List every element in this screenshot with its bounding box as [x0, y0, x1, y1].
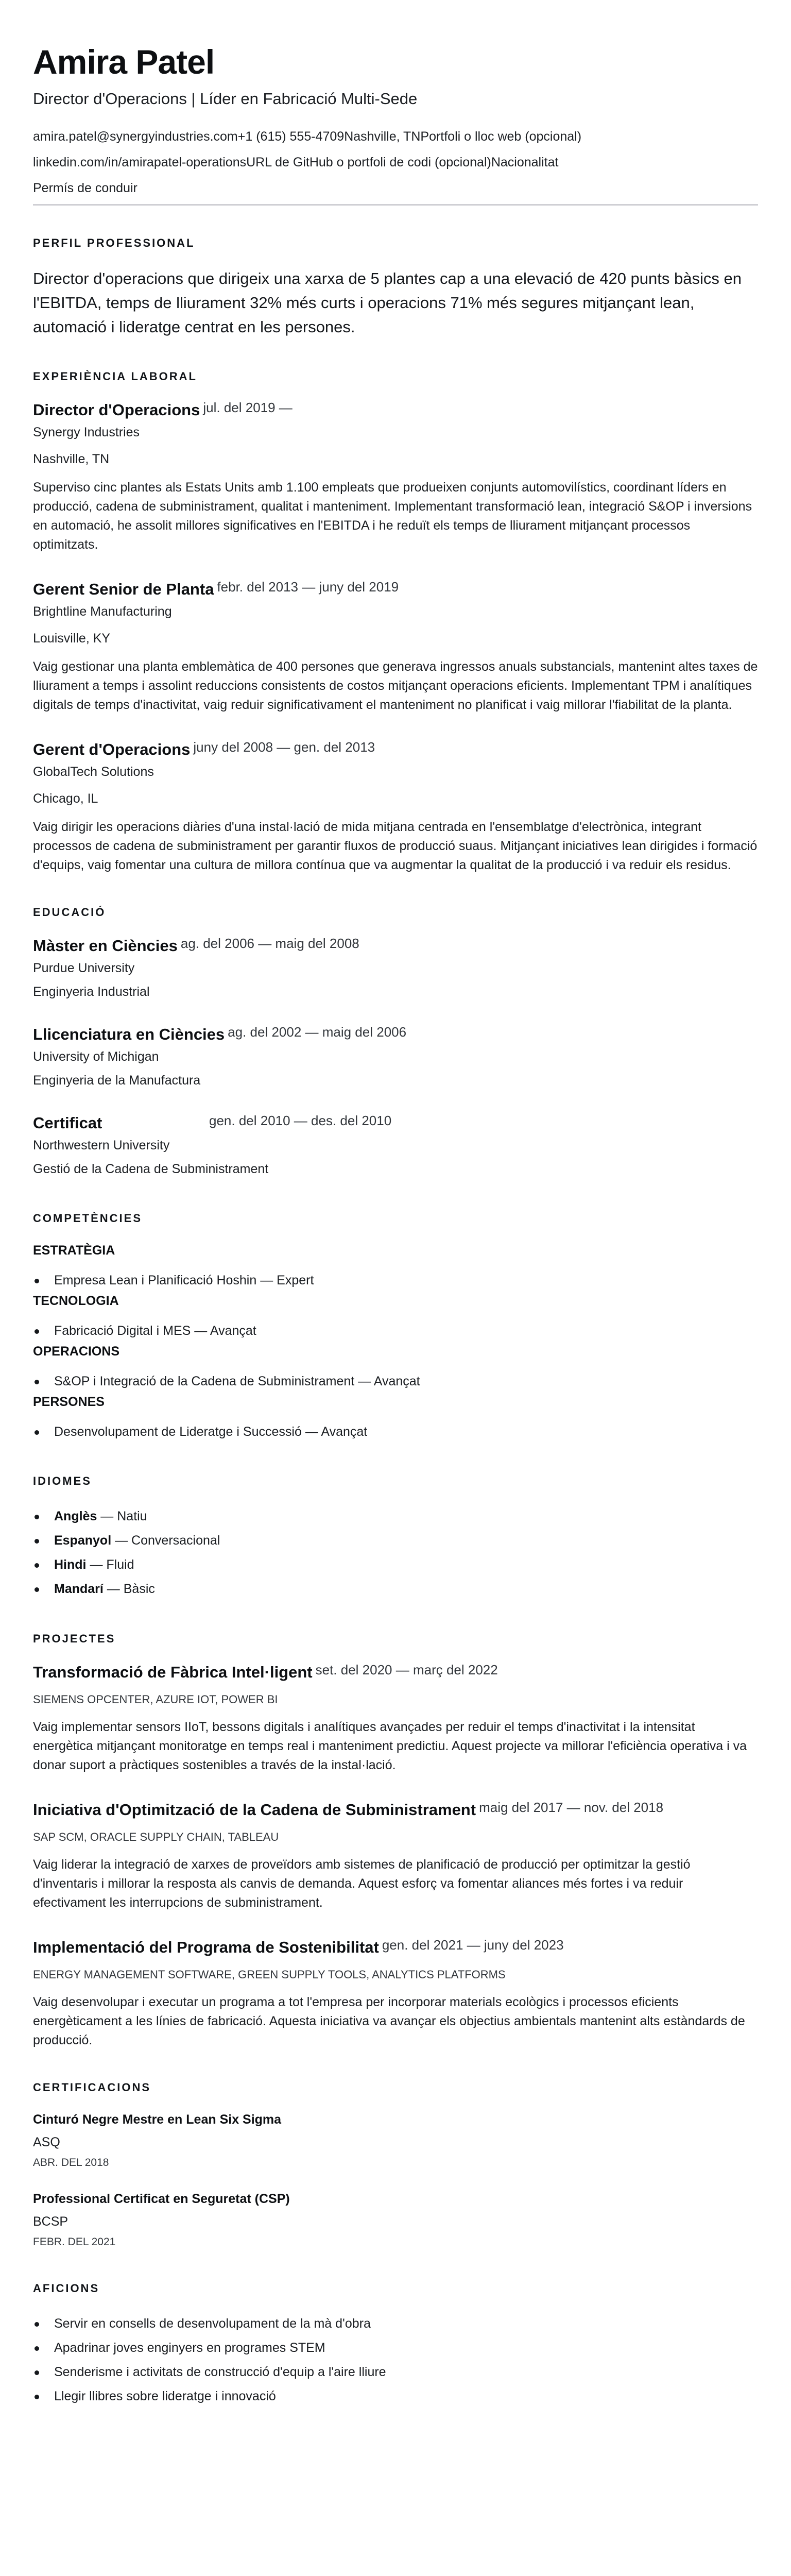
language-level: — Fluid [87, 1557, 134, 1572]
portfolio-link[interactable]: Portfoli o lloc web (opcional) [420, 124, 581, 149]
experience-section: Experiència laboral Director d'Operacion… [33, 369, 758, 875]
project-dates: maig del 2017 — nov. del 2018 [479, 1800, 663, 1815]
section-title: Idiomes [33, 1473, 758, 1489]
language-level: — Natiu [97, 1509, 147, 1523]
skill-category-name: Estratègia [33, 1242, 758, 1259]
hobby-item: Senderisme i activitats de construcció d… [33, 2360, 758, 2384]
degree-title: Màster en Ciències [33, 936, 178, 956]
hobby-item: Llegir llibres sobre lideratge i innovac… [33, 2384, 758, 2409]
summary-text: Director d'operacions que dirigeix una x… [33, 266, 758, 339]
project-entry: Implementació del Programa de Sostenibil… [33, 1937, 758, 2050]
skill-item: S&OP i Integració de la Cadena de Submin… [33, 1369, 758, 1393]
phone-number: +1 (615) 555-4709 [238, 124, 344, 149]
skill-category: Operacions S&OP i Integració de la Caden… [33, 1343, 758, 1393]
job-dates: jul. del 2019 — [203, 400, 292, 415]
candidate-headline: Director d'Operacions | Líder en Fabrica… [33, 89, 758, 109]
language-name: Anglès [54, 1509, 97, 1523]
skills-section: Competències Estratègia Empresa Lean i P… [33, 1211, 758, 1444]
certification-entry: Cinturó Negre Mestre en Lean Six Sigma A… [33, 2111, 758, 2172]
project-description: Vaig liderar la integració de xarxes de … [33, 1855, 758, 1912]
section-title: Competències [33, 1211, 758, 1226]
job-description: Vaig gestionar una planta emblemàtica de… [33, 657, 758, 715]
certification-date: abr. del 2018 [33, 2154, 758, 2172]
resume-page: Amira Patel Director d'Operacions | Líde… [0, 0, 791, 2439]
skill-category-name: Persones [33, 1393, 758, 1411]
nationality: Nacionalitat [491, 149, 559, 175]
hobby-list: Servir en consells de desenvolupament de… [33, 2312, 758, 2409]
job-description: Superviso cinc plantes als Estats Units … [33, 478, 758, 554]
language-name: Hindi [54, 1557, 87, 1572]
school-name: Northwestern University [33, 1133, 758, 1157]
language-level: — Bàsic [104, 1582, 155, 1596]
project-description: Vaig implementar sensors IIoT, bessons d… [33, 1718, 758, 1775]
education-entry: Màster en Ciències ag. del 2006 — maig d… [33, 936, 758, 1004]
section-title: Certificacions [33, 2080, 758, 2095]
skill-category-name: Operacions [33, 1343, 758, 1360]
skill-item: Empresa Lean i Planificació Hoshin — Exp… [33, 1268, 758, 1292]
hobby-item: Servir en consells de desenvolupament de… [33, 2312, 758, 2336]
project-name: Implementació del Programa de Sostenibil… [33, 1937, 379, 1958]
project-name: Iniciativa d'Optimització de la Cadena d… [33, 1800, 476, 1820]
experience-entry: Gerent d'Operacions juny del 2008 — gen.… [33, 739, 758, 875]
contact-info: amira.patel@synergyindustries.com +1 (61… [33, 124, 758, 201]
job-dates: juny del 2008 — gen. del 2013 [193, 739, 375, 755]
project-dates: gen. del 2021 — juny del 2023 [382, 1937, 564, 1953]
projects-section: Projectes Transformació de Fàbrica Intel… [33, 1631, 758, 2050]
skill-category-name: Tecnologia [33, 1292, 758, 1310]
job-description: Vaig dirigir les operacions diàries d'un… [33, 818, 758, 875]
driving-license: Permís de conduir [33, 175, 137, 201]
section-title: Aficions [33, 2281, 758, 2296]
school-name: University of Michigan [33, 1045, 758, 1069]
education-dates: ag. del 2006 — maig del 2008 [181, 936, 359, 951]
language-item: Hindi — Fluid [33, 1553, 758, 1577]
education-dates: ag. del 2002 — maig del 2006 [228, 1024, 406, 1040]
degree-title: Certificat [33, 1113, 206, 1133]
language-name: Mandarí [54, 1582, 104, 1596]
education-section: Educació Màster en Ciències ag. del 2006… [33, 905, 758, 1181]
language-item: Anglès — Natiu [33, 1504, 758, 1529]
skill-list: Empresa Lean i Planificació Hoshin — Exp… [33, 1268, 758, 1292]
certifications-section: Certificacions Cinturó Negre Mestre en L… [33, 2080, 758, 2251]
certification-date: febr. del 2021 [33, 2233, 758, 2251]
company-name: Brightline Manufacturing [33, 600, 758, 623]
job-location: Louisville, KY [33, 626, 758, 650]
hobbies-section: Aficions Servir en consells de desenvolu… [33, 2281, 758, 2409]
section-title: Perfil professional [33, 235, 758, 251]
skill-list: Desenvolupament de Lideratge i Successió… [33, 1420, 758, 1444]
job-title: Gerent d'Operacions [33, 739, 190, 760]
resume-header: Amira Patel Director d'Operacions | Líde… [33, 42, 758, 206]
project-entry: Transformació de Fàbrica Intel·ligent se… [33, 1662, 758, 1775]
contact-row-1: amira.patel@synergyindustries.com +1 (61… [33, 124, 758, 149]
field-of-study: Enginyeria de la Manufactura [33, 1069, 758, 1092]
location: Nashville, TN [344, 124, 420, 149]
job-title: Gerent Senior de Planta [33, 579, 214, 600]
education-dates: gen. del 2010 — des. del 2010 [209, 1113, 391, 1128]
certification-entry: Professional Certificat en Seguretat (CS… [33, 2190, 758, 2251]
degree-title: Llicenciatura en Ciències [33, 1024, 225, 1045]
project-technologies: Siemens Opcenter, Azure IoT, Power BI [33, 1692, 758, 1707]
contact-row-3: Permís de conduir [33, 175, 758, 201]
header-divider [33, 204, 758, 206]
hobby-item: Apadrinar joves enginyers en programes S… [33, 2336, 758, 2360]
skill-item: Desenvolupament de Lideratge i Successió… [33, 1420, 758, 1444]
job-dates: febr. del 2013 — juny del 2019 [217, 579, 399, 595]
project-dates: set. del 2020 — març del 2022 [316, 1662, 498, 1677]
company-name: GlobalTech Solutions [33, 760, 758, 784]
field-of-study: Gestió de la Cadena de Subministrament [33, 1157, 758, 1181]
skill-category: Persones Desenvolupament de Lideratge i … [33, 1393, 758, 1444]
language-list: Anglès — Natiu Espanyol — Conversacional… [33, 1504, 758, 1601]
candidate-name: Amira Patel [33, 42, 758, 81]
company-name: Synergy Industries [33, 420, 758, 444]
summary-section: Perfil professional Director d'operacion… [33, 235, 758, 339]
project-technologies: SAP SCM, Oracle Supply Chain, Tableau [33, 1829, 758, 1845]
certification-name: Cinturó Negre Mestre en Lean Six Sigma [33, 2111, 758, 2128]
job-location: Nashville, TN [33, 447, 758, 471]
certification-issuer: BCSP [33, 2210, 758, 2233]
section-title: Educació [33, 905, 758, 920]
section-title: Projectes [33, 1631, 758, 1647]
project-name: Transformació de Fàbrica Intel·ligent [33, 1662, 313, 1683]
github-link[interactable]: URL de GitHub o portfoli de codi (opcion… [246, 149, 491, 175]
skill-category: Tecnologia Fabricació Digital i MES — Av… [33, 1292, 758, 1343]
skill-item: Fabricació Digital i MES — Avançat [33, 1319, 758, 1343]
project-description: Vaig desenvolupar i executar un programa… [33, 1993, 758, 2050]
experience-entry: Gerent Senior de Planta febr. del 2013 —… [33, 579, 758, 715]
project-entry: Iniciativa d'Optimització de la Cadena d… [33, 1800, 758, 1912]
skill-list: S&OP i Integració de la Cadena de Submin… [33, 1369, 758, 1393]
education-entry: Llicenciatura en Ciències ag. del 2002 —… [33, 1024, 758, 1092]
email-link[interactable]: amira.patel@synergyindustries.com [33, 124, 238, 149]
linkedin-link[interactable]: linkedin.com/in/amirapatel-operations [33, 149, 246, 175]
job-title: Director d'Operacions [33, 400, 200, 420]
project-technologies: Energy Management Software, Green Supply… [33, 1967, 758, 1982]
experience-entry: Director d'Operacions jul. del 2019 — Sy… [33, 400, 758, 554]
language-name: Espanyol [54, 1533, 111, 1548]
certification-issuer: ASQ [33, 2130, 758, 2154]
skill-category: Estratègia Empresa Lean i Planificació H… [33, 1242, 758, 1292]
certification-name: Professional Certificat en Seguretat (CS… [33, 2190, 758, 2208]
skill-list: Fabricació Digital i MES — Avançat [33, 1319, 758, 1343]
language-item: Espanyol — Conversacional [33, 1529, 758, 1553]
languages-section: Idiomes Anglès — Natiu Espanyol — Conver… [33, 1473, 758, 1601]
education-entry: Certificat gen. del 2010 — des. del 2010… [33, 1113, 758, 1181]
language-level: — Conversacional [111, 1533, 220, 1548]
job-location: Chicago, IL [33, 787, 758, 810]
school-name: Purdue University [33, 956, 758, 980]
section-title: Experiència laboral [33, 369, 758, 384]
language-item: Mandarí — Bàsic [33, 1577, 758, 1601]
contact-row-2: linkedin.com/in/amirapatel-operations UR… [33, 149, 758, 175]
field-of-study: Enginyeria Industrial [33, 980, 758, 1004]
